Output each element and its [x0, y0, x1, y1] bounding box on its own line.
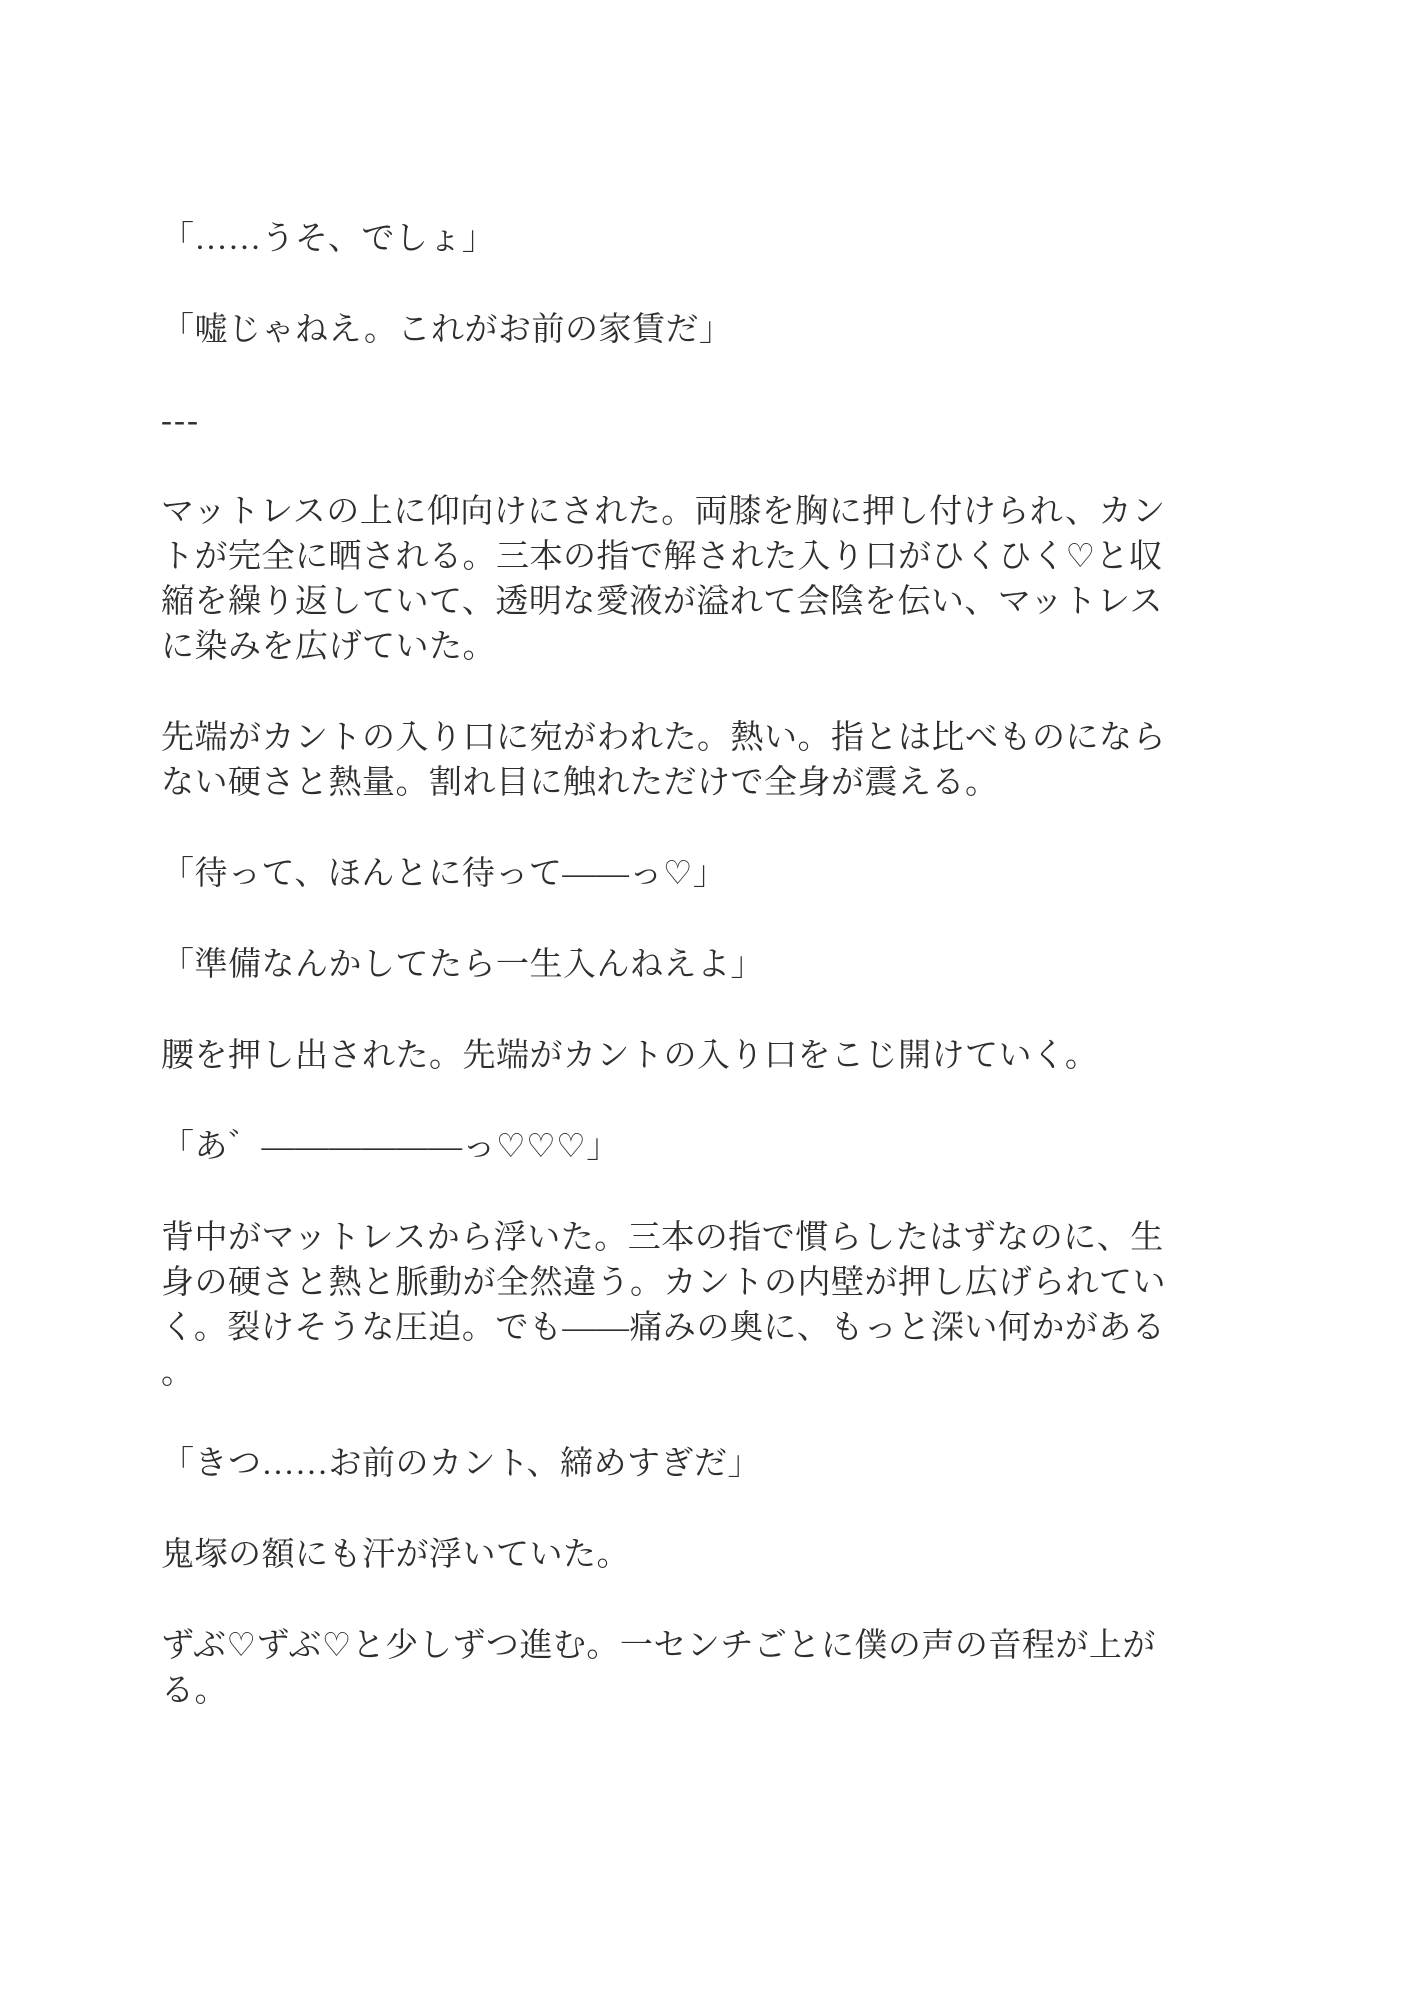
dialogue-line: 「……うそ、でしょ」: [161, 217, 1168, 262]
narration-paragraph: 鬼塚の額にも汗が浮いていた。: [161, 1533, 1168, 1578]
narration-paragraph: マットレスの上に仰向けにされた。両膝を胸に押し付けられ、カントが完全に晒される。…: [161, 490, 1168, 670]
narration-paragraph: 腰を押し出された。先端がカントの入り口をこじ開けていく。: [161, 1034, 1168, 1079]
narration-paragraph: 背中がマットレスから浮いた。三本の指で慣らしたはずなのに、生身の硬さと熱と脈動が…: [161, 1216, 1168, 1396]
narration-paragraph: 先端がカントの入り口に宛がわれた。熱い。指とは比べものにならない硬さと熱量。割れ…: [161, 716, 1168, 806]
dialogue-line: 「待って、ほんとに待って——っ♡」: [161, 852, 1168, 897]
document-content: 「……うそ、でしょ」「嘘じゃねえ。これがお前の家賃だ」---マットレスの上に仰向…: [161, 217, 1168, 1760]
narration-paragraph: ずぶ♡ずぶ♡と少しずつ進む。一センチごとに僕の声の音程が上がる。: [161, 1624, 1168, 1714]
document-page: 「……うそ、でしょ」「嘘じゃねえ。これがお前の家賃だ」---マットレスの上に仰向…: [0, 0, 1415, 2000]
dialogue-line: 「準備なんかしてたら一生入んねえよ」: [161, 943, 1168, 988]
dialogue-line: 「嘘じゃねえ。これがお前の家賃だ」: [161, 308, 1168, 353]
dialogue-line: 「あ゛——————っ♡♡♡」: [161, 1125, 1168, 1170]
scene-separator: ---: [161, 399, 1168, 444]
dialogue-line: 「きつ……お前のカント、締めすぎだ」: [161, 1442, 1168, 1487]
